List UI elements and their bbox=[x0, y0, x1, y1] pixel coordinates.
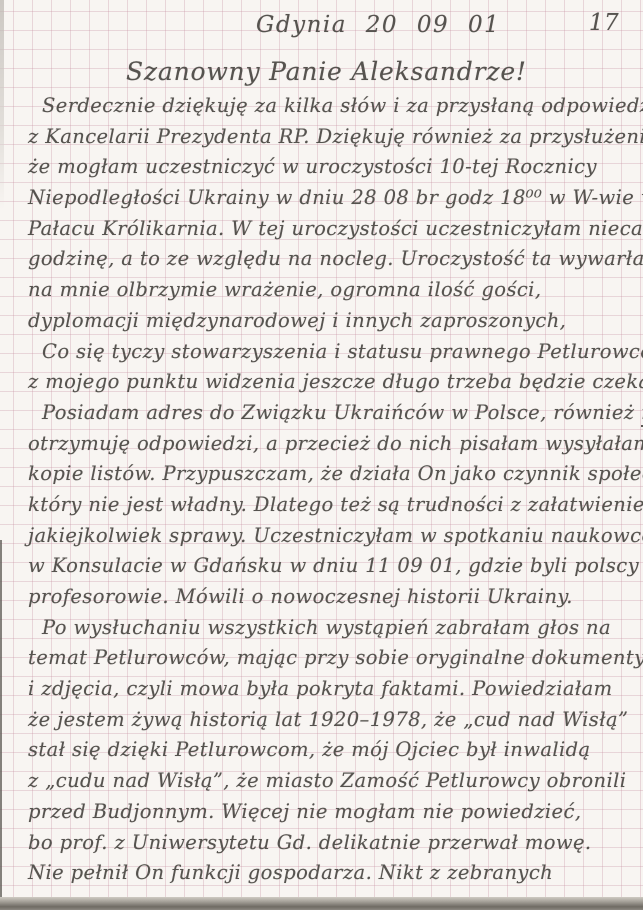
handwritten-line: przed Budjonnym. Więcej nie mogłam nie p… bbox=[28, 797, 636, 828]
letter-body: Serdecznie dziękuję za kilka słów i za p… bbox=[28, 91, 636, 889]
handwritten-line: Nie pełnił On funkcji gospodarza. Nikt z… bbox=[28, 858, 636, 889]
handwritten-line: bo prof. z Uniwersytetu Gd. delikatnie p… bbox=[28, 828, 636, 859]
scan-edge-line bbox=[0, 540, 2, 897]
page-number: 17 bbox=[589, 10, 619, 36]
handwritten-line: Serdecznie dziękuję za kilka słów i za p… bbox=[28, 91, 636, 122]
handwritten-line: w Konsulacie w Gdańsku w dniu 11 09 01, … bbox=[28, 551, 636, 582]
handwritten-line: jakiejkolwiek sprawy. Uczestniczyłam w s… bbox=[28, 521, 636, 552]
handwritten-line: Po wysłuchaniu wszystkich wystąpień zabr… bbox=[28, 613, 636, 644]
handwritten-line: Niepodległości Ukrainy w dniu 28 08 br g… bbox=[28, 183, 636, 214]
handwritten-line: z Kancelarii Prezydenta RP. Dziękuję rów… bbox=[28, 122, 636, 153]
handwritten-line: otrzymuję odpowiedzi, a przecież do nich… bbox=[28, 429, 636, 460]
handwritten-line: profesorowie. Mówili o nowoczesnej histo… bbox=[28, 582, 636, 613]
dateline: Gdynia 20 09 01 bbox=[256, 12, 500, 38]
handwritten-text: Posiadam adres do Związku Ukraińców w Po… bbox=[42, 401, 634, 424]
handwritten-line: Pałacu Królikarnia. W tej uroczystości u… bbox=[28, 214, 636, 245]
letter-sheet: 17 Gdynia 20 09 01 Szanowny Panie Aleksa… bbox=[0, 0, 643, 910]
handwritten-line: dyplomacji międzynarodowej i innych zapr… bbox=[28, 306, 636, 337]
handwritten-line: który nie jest władny. Dlatego też są tr… bbox=[28, 490, 636, 521]
salutation: Szanowny Panie Aleksandrze! bbox=[126, 57, 527, 86]
scan-bottom-edge bbox=[0, 897, 643, 910]
scan-edge-smudge bbox=[0, 0, 4, 210]
handwritten-line: stał się dzięki Petlurowcom, że mój Ojci… bbox=[28, 735, 636, 766]
handwritten-line: kopie listów. Przypuszczam, że działa On… bbox=[28, 459, 636, 490]
handwritten-line: z „cudu nad Wisłą”, że miasto Zamość Pet… bbox=[28, 766, 636, 797]
handwritten-line: z mojego punktu widzenia jeszcze długo t… bbox=[28, 367, 636, 398]
handwritten-line: Co się tyczy stowarzyszenia i statusu pr… bbox=[28, 337, 636, 368]
handwritten-line: że jestem żywą historią lat 1920–1978, ż… bbox=[28, 705, 636, 736]
handwritten-line: godzinę, a to ze względu na nocleg. Uroc… bbox=[28, 244, 636, 275]
handwritten-line: na mnie olbrzymie wrażenie, ogromna iloś… bbox=[28, 275, 636, 306]
handwritten-line: i zdjęcia, czyli mowa była pokryta fakta… bbox=[28, 674, 636, 705]
handwritten-line: Posiadam adres do Związku Ukraińców w Po… bbox=[28, 398, 636, 429]
handwritten-line: temat Petlurowców, mając przy sobie oryg… bbox=[28, 643, 636, 674]
handwritten-line: że mogłam uczestniczyć w uroczystości 10… bbox=[28, 152, 636, 183]
